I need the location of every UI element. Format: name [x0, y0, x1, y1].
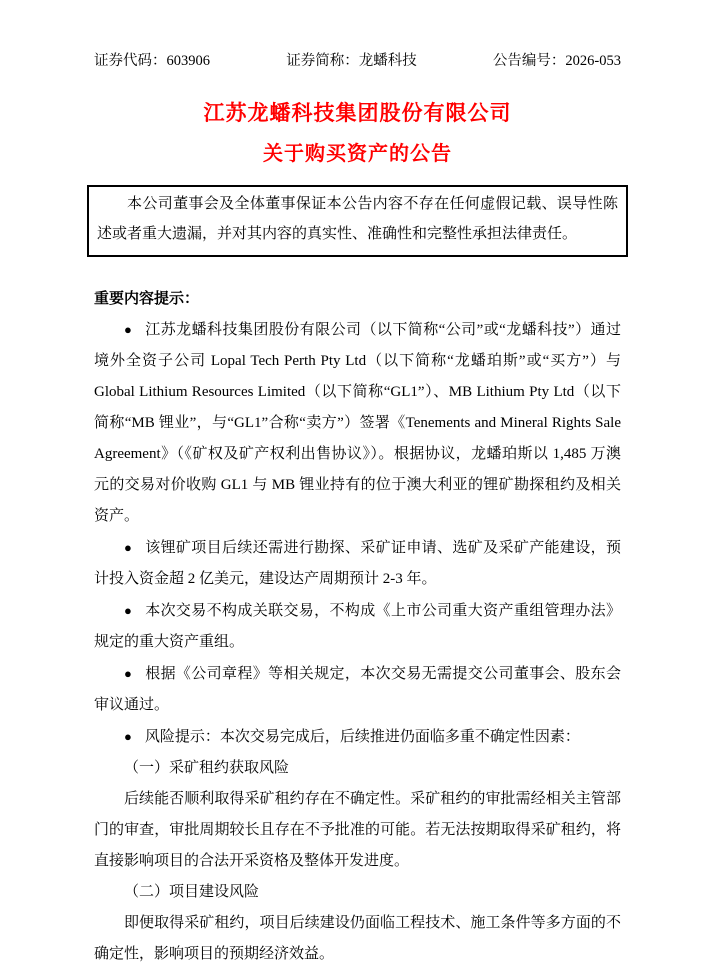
announcement-number: 公告编号：2026-053 [493, 53, 621, 70]
bullet-item-no-approval-needed: ●根据《公司章程》等相关规定，本次交易无需提交公司董事会、股东会审议通过。 [94, 658, 621, 721]
announcement-subtitle: 关于购买资产的公告 [94, 142, 621, 166]
bullet-text: 风险提示：本次交易完成后，后续推进仍面临多重不确定性因素： [145, 729, 580, 745]
disclaimer-text: 本公司董事会及全体董事保证本公告内容不存在任何虚假记载、误导性陈述或者重大遗漏，… [97, 189, 618, 249]
bullet-item-transaction-overview: ●江苏龙蟠科技集团股份有限公司（以下简称“公司”或“龙蟠科技”）通过境外全资子公… [94, 314, 621, 532]
bullet-text: 根据《公司章程》等相关规定，本次交易无需提交公司董事会、股东会审议通过。 [94, 666, 621, 713]
risk-heading-construction: （二）项目建设风险 [94, 877, 621, 908]
disclaimer-box: 本公司董事会及全体董事保证本公告内容不存在任何虚假记载、误导性陈述或者重大遗漏，… [87, 185, 628, 257]
risk-paragraph-construction: 即便取得采矿租约，项目后续建设仍面临工程技术、施工条件等多方面的不确定性，影响项… [94, 908, 621, 964]
bullet-icon: ● [124, 721, 132, 752]
bullet-icon: ● [124, 595, 132, 626]
bullet-icon: ● [124, 658, 132, 689]
stock-code: 证券代码：603906 [94, 53, 210, 70]
document-body: 重要内容提示： ●江苏龙蟠科技集团股份有限公司（以下简称“公司”或“龙蟠科技”）… [94, 283, 621, 964]
bullet-item-risk-warning: ●风险提示：本次交易完成后，后续推进仍面临多重不确定性因素： [94, 721, 621, 753]
title-block: 江苏龙蟠科技集团股份有限公司 关于购买资产的公告 [94, 101, 621, 166]
risk-paragraph-mining-lease: 后续能否顺利取得采矿租约存在不确定性。采矿租约的审批需经相关主管部门的审查，审批… [94, 784, 621, 877]
bullet-text: 江苏龙蟠科技集团股份有限公司（以下简称“公司”或“龙蟠科技”）通过境外全资子公司… [94, 322, 621, 524]
bullet-text: 本次交易不构成关联交易，不构成《上市公司重大资产重组管理办法》规定的重大资产重组… [94, 603, 621, 650]
risk-heading-mining-lease: （一）采矿租约获取风险 [94, 753, 621, 784]
bullet-item-project-investment: ●该锂矿项目后续还需进行勘探、采矿证申请、选矿及采矿产能建设，预计投入资金超 2… [94, 532, 621, 595]
bullet-icon: ● [124, 532, 132, 563]
bullet-icon: ● [124, 314, 132, 345]
announcement-document: 证券代码：603906 证券简称：龙蟠科技 公告编号：2026-053 江苏龙蟠… [0, 0, 714, 964]
document-header-row: 证券代码：603906 证券简称：龙蟠科技 公告编号：2026-053 [94, 53, 621, 70]
bullet-text: 该锂矿项目后续还需进行勘探、采矿证申请、选矿及采矿产能建设，预计投入资金超 2 … [94, 540, 621, 587]
important-notice-heading: 重要内容提示： [94, 283, 621, 314]
bullet-item-not-related-transaction: ●本次交易不构成关联交易，不构成《上市公司重大资产重组管理办法》规定的重大资产重… [94, 595, 621, 658]
company-title: 江苏龙蟠科技集团股份有限公司 [94, 101, 621, 126]
stock-abbreviation: 证券简称：龙蟠科技 [286, 53, 417, 70]
